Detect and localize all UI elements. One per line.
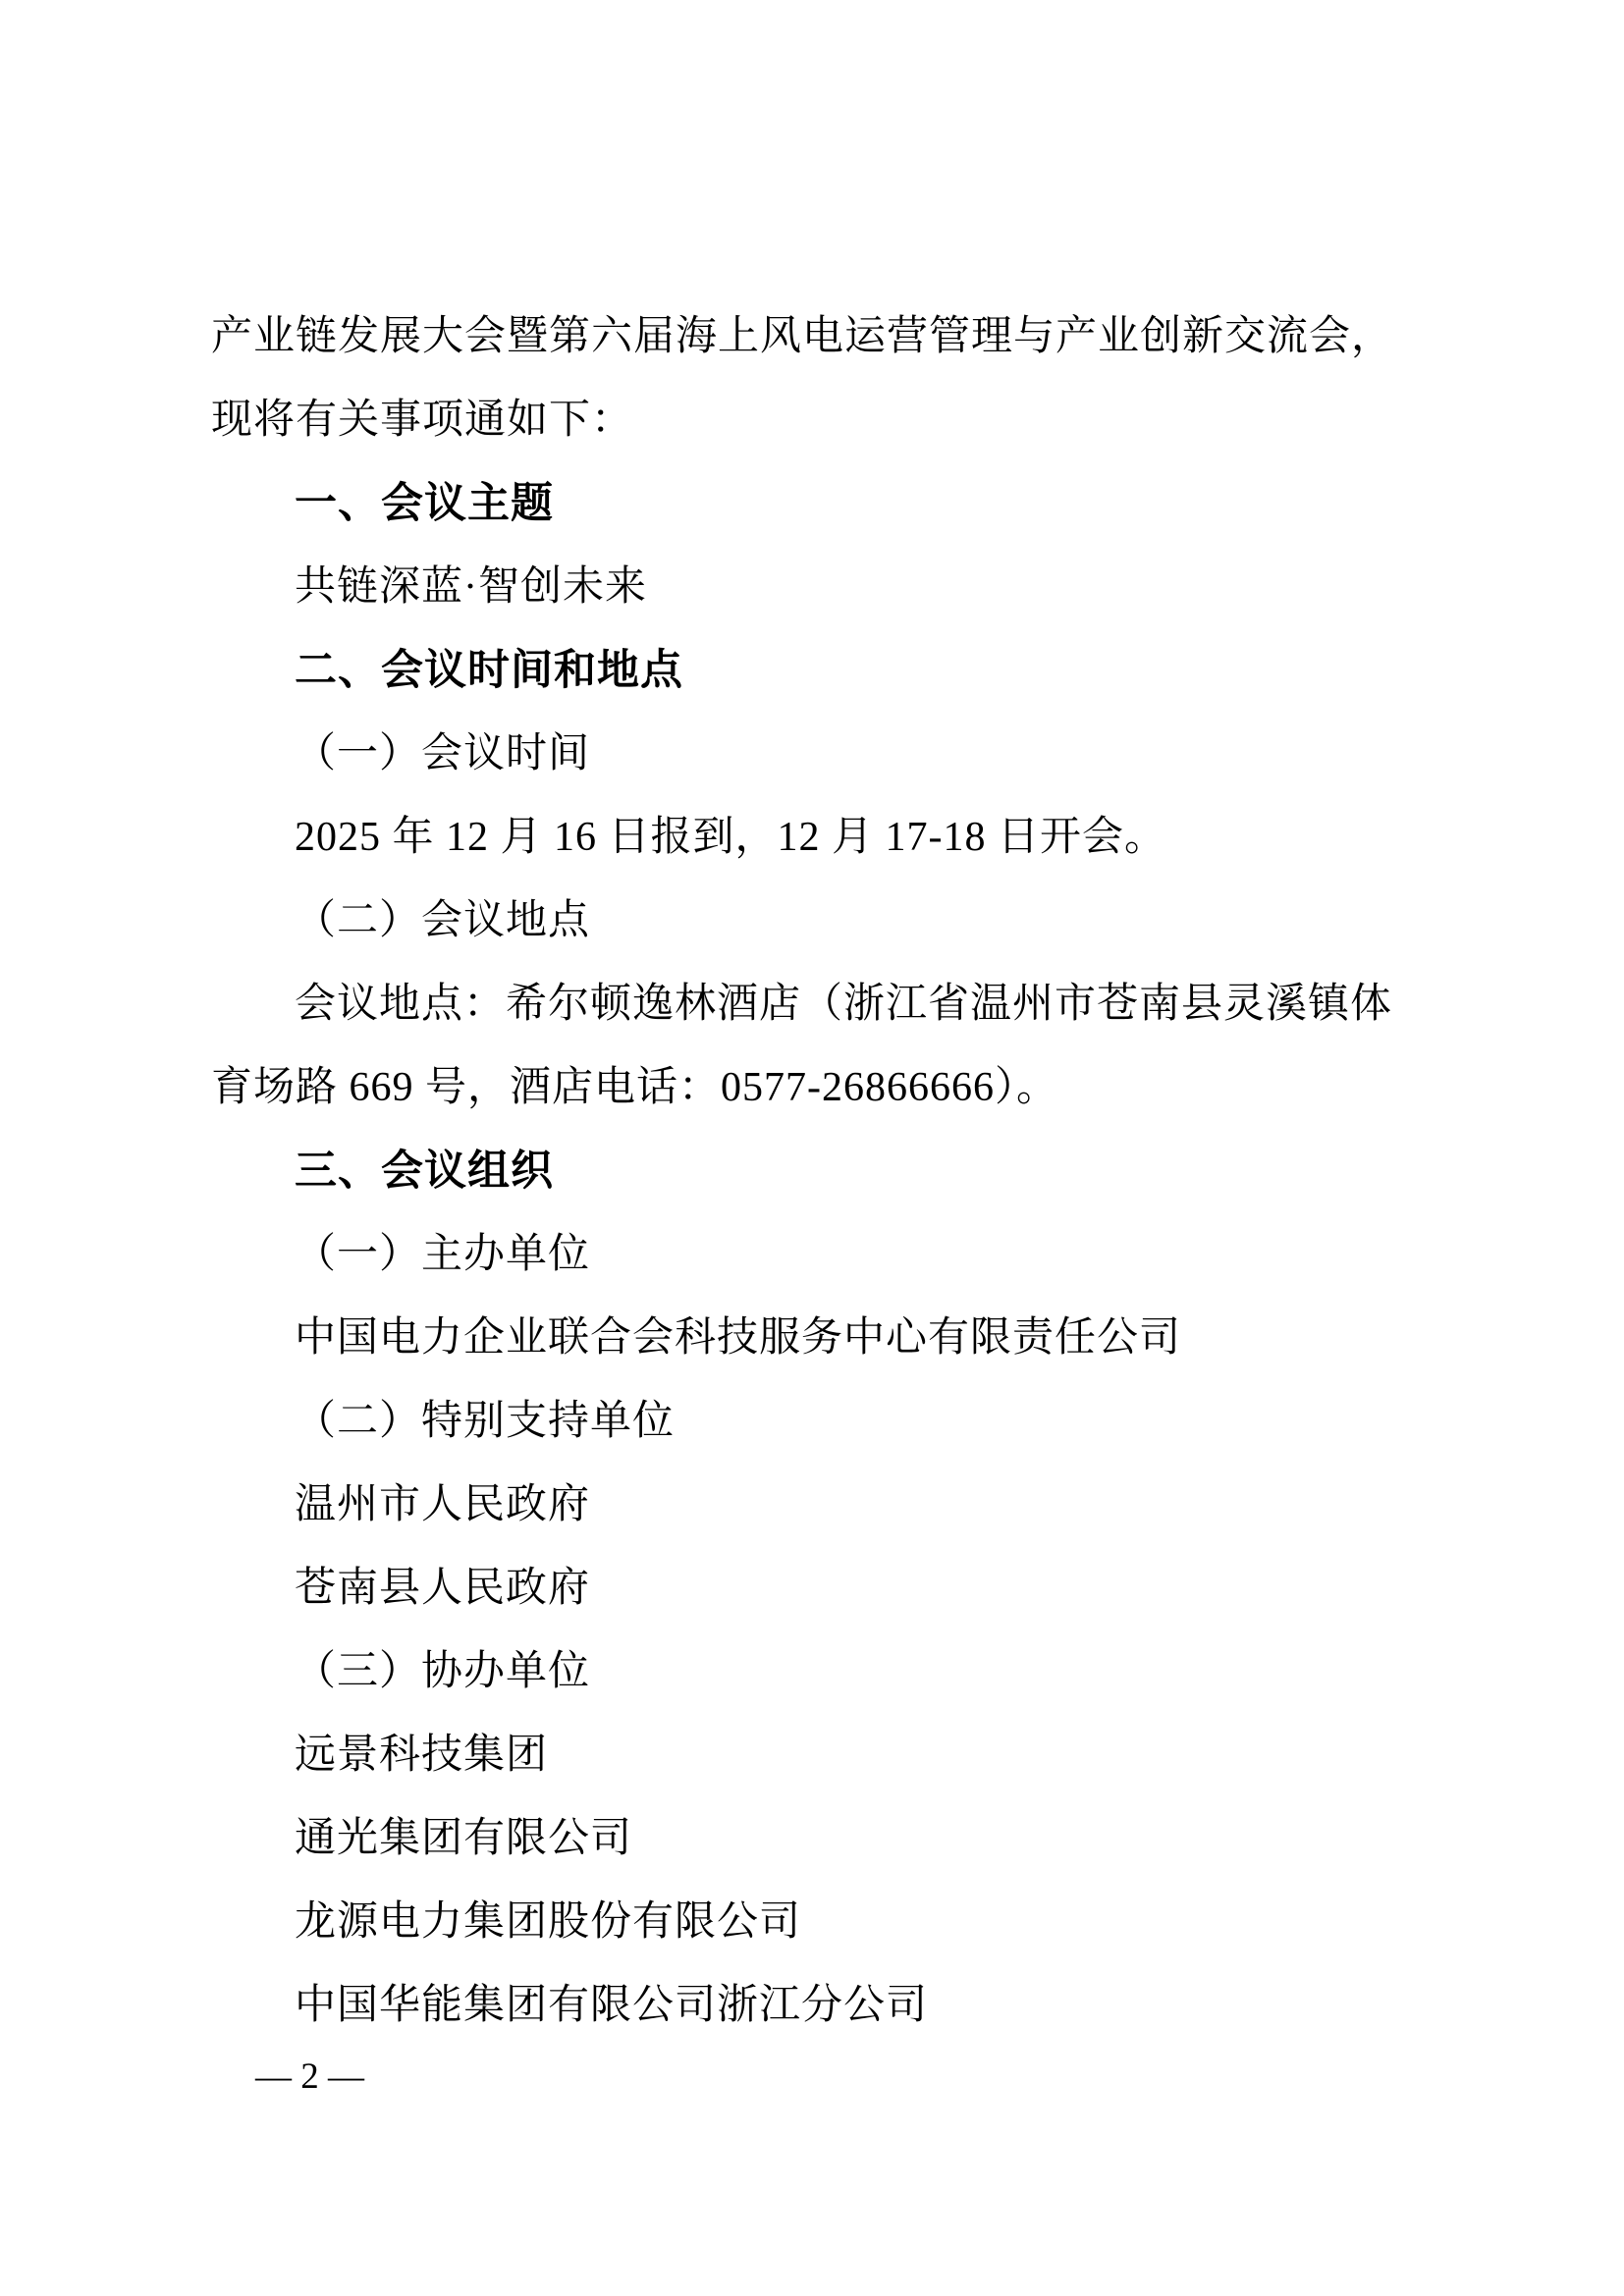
meeting-venue-line-1: 会议地点：希尔顿逸林酒店（浙江省温州市苍南县灵溪镇体: [211, 963, 1423, 1046]
section-3-sub-1-heading: （一）主办单位: [211, 1213, 1423, 1297]
co-organizer-3: 龙源电力集团股份有限公司: [211, 1881, 1423, 1964]
page-footer: — 2 —: [0, 2054, 1624, 2101]
co-organizer-4: 中国华能集团有限公司浙江分公司: [211, 1964, 1423, 2048]
host-organization: 中国电力企业联合会科技服务中心有限责任公司: [211, 1297, 1423, 1380]
co-organizer-2: 通光集团有限公司: [211, 1797, 1423, 1881]
intro-continuation-line: 产业链发展大会暨第六届海上风电运营管理与产业创新交流会，: [211, 295, 1423, 379]
co-organizer-1: 远景科技集团: [211, 1714, 1423, 1797]
special-support-org-2: 苍南县人民政府: [211, 1547, 1423, 1630]
page-number: — 2 —: [255, 2056, 364, 2097]
section-2-heading: 二、会议时间和地点: [211, 629, 1423, 713]
section-2-sub-2-heading: （二）会议地点: [211, 880, 1423, 963]
intro-closing-line: 现将有关事项通如下：: [211, 379, 1423, 462]
document-body: 产业链发展大会暨第六届海上风电运营管理与产业创新交流会， 现将有关事项通如下： …: [0, 0, 1624, 2048]
meeting-venue-line-2: 育场路 669 号，酒店电话：0577-26866666）。: [211, 1046, 1423, 1130]
section-3-heading: 三、会议组织: [211, 1130, 1423, 1213]
section-2-sub-1-heading: （一）会议时间: [211, 713, 1423, 796]
section-3-sub-3-heading: （三）协办单位: [211, 1630, 1423, 1714]
section-1-heading: 一、会议主题: [211, 462, 1423, 546]
meeting-time: 2025 年 12 月 16 日报到，12 月 17-18 日开会。: [211, 796, 1423, 880]
document-page: 产业链发展大会暨第六届海上风电运营管理与产业创新交流会， 现将有关事项通如下： …: [0, 0, 1624, 2296]
section-3-sub-2-heading: （二）特别支持单位: [211, 1380, 1423, 1464]
special-support-org-1: 温州市人民政府: [211, 1464, 1423, 1547]
meeting-theme: 共链深蓝·智创未来: [211, 546, 1423, 629]
